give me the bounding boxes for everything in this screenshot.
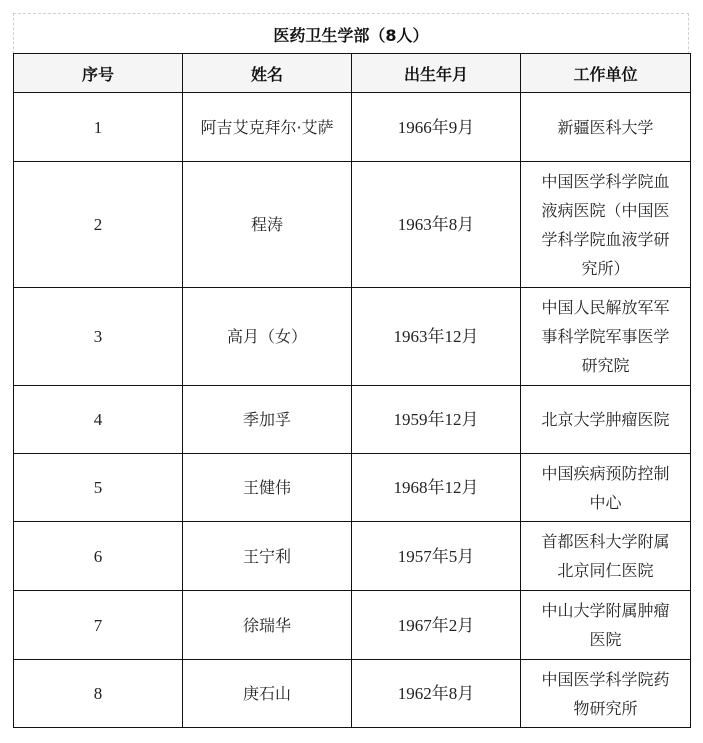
table-row: 3高月（女）1963年12月中国人民解放军军事科学院军事医学研究院 [14, 288, 691, 386]
cell-name: 程涛 [183, 162, 352, 288]
column-header-birth: 出生年月 [352, 54, 521, 93]
table-frame: 医药卫生学部（8人） 序号 姓名 出生年月 工作单位 1阿吉艾克拜尔·艾萨196… [13, 13, 689, 727]
cell-birth: 1963年8月 [352, 162, 521, 288]
table-row: 5王健伟1968年12月中国疾病预防控制中心 [14, 454, 691, 522]
cell-unit: 首都医科大学附属北京同仁医院 [521, 522, 691, 591]
table-row: 2程涛1963年8月中国医学科学院血液病医院（中国医学科学院血液学研究所） [14, 162, 691, 288]
cell-unit: 中国医学科学院血液病医院（中国医学科学院血液学研究所） [521, 162, 691, 288]
table-row: 7徐瑞华1967年2月中山大学附属肿瘤医院 [14, 591, 691, 660]
cell-number: 6 [14, 522, 183, 591]
cell-number: 7 [14, 591, 183, 660]
cell-name: 王宁利 [183, 522, 352, 591]
table-row: 8庚石山1962年8月中国医学科学院药物研究所 [14, 660, 691, 728]
cell-number: 4 [14, 386, 183, 454]
cell-name: 阿吉艾克拜尔·艾萨 [183, 93, 352, 162]
table-row: 4季加孚1959年12月北京大学肿瘤医院 [14, 386, 691, 454]
cell-birth: 1963年12月 [352, 288, 521, 386]
column-header-number: 序号 [14, 54, 183, 93]
cell-birth: 1959年12月 [352, 386, 521, 454]
table-title: 医药卫生学部（8人） [13, 13, 689, 54]
cell-birth: 1962年8月 [352, 660, 521, 728]
cell-name: 季加孚 [183, 386, 352, 454]
header-row: 序号 姓名 出生年月 工作单位 [14, 54, 691, 93]
cell-birth: 1957年5月 [352, 522, 521, 591]
cell-unit: 北京大学肿瘤医院 [521, 386, 691, 454]
cell-unit: 中国医学科学院药物研究所 [521, 660, 691, 728]
cell-number: 2 [14, 162, 183, 288]
cell-number: 8 [14, 660, 183, 728]
cell-name: 王健伟 [183, 454, 352, 522]
cell-number: 5 [14, 454, 183, 522]
table-row: 1阿吉艾克拜尔·艾萨1966年9月新疆医科大学 [14, 93, 691, 162]
cell-unit: 新疆医科大学 [521, 93, 691, 162]
cell-name: 徐瑞华 [183, 591, 352, 660]
cell-unit: 中国疾病预防控制中心 [521, 454, 691, 522]
cell-birth: 1968年12月 [352, 454, 521, 522]
column-header-unit: 工作单位 [521, 54, 691, 93]
cell-birth: 1967年2月 [352, 591, 521, 660]
table-row: 6王宁利1957年5月首都医科大学附属北京同仁医院 [14, 522, 691, 591]
cell-unit: 中国人民解放军军事科学院军事医学研究院 [521, 288, 691, 386]
members-table: 序号 姓名 出生年月 工作单位 1阿吉艾克拜尔·艾萨1966年9月新疆医科大学2… [13, 53, 691, 728]
cell-unit: 中山大学附属肿瘤医院 [521, 591, 691, 660]
cell-birth: 1966年9月 [352, 93, 521, 162]
cell-number: 1 [14, 93, 183, 162]
cell-name: 高月（女） [183, 288, 352, 386]
cell-name: 庚石山 [183, 660, 352, 728]
cell-number: 3 [14, 288, 183, 386]
column-header-name: 姓名 [183, 54, 352, 93]
